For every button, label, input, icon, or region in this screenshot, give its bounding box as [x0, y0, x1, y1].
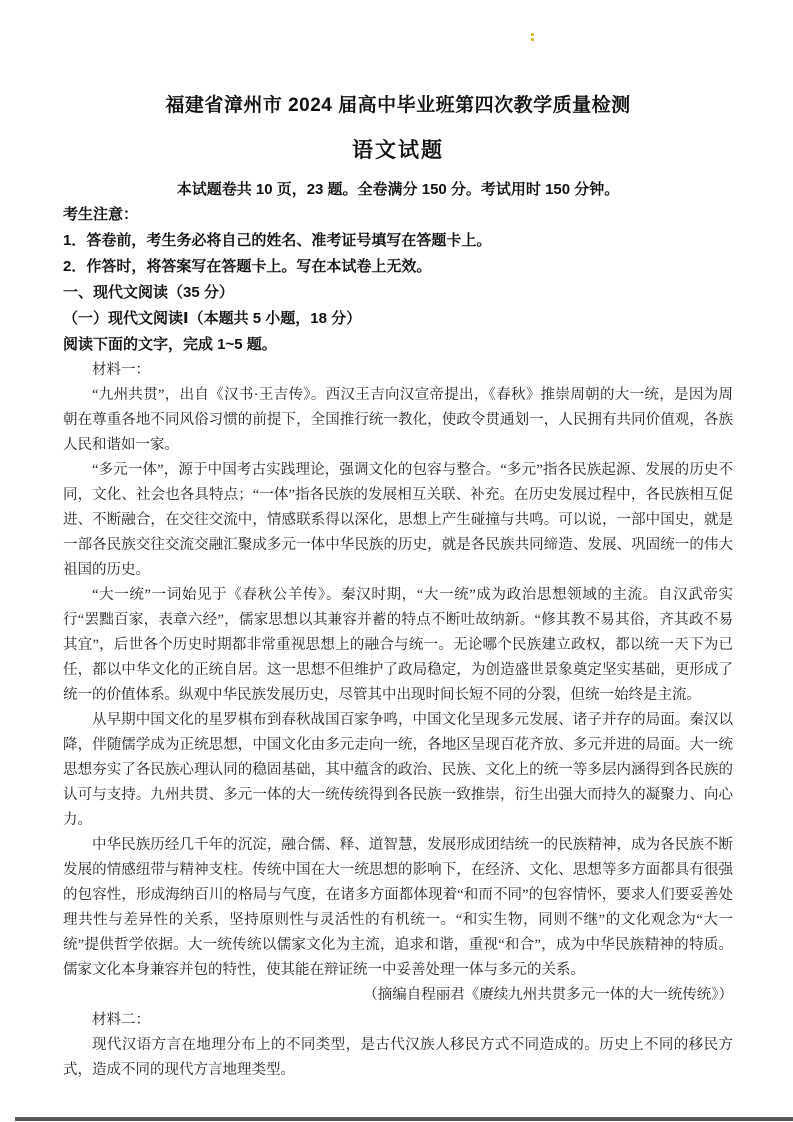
material-one-paragraph-5: 中华民族历经几千年的沉淀，融合儒、释、道智慧，发展形成团结统一的民族精神，成为各…	[63, 833, 733, 983]
material-two-paragraph-1: 现代汉语方言在地理分布上的不同类型，是古代汉族人移民方式不同造成的。历史上不同的…	[63, 1033, 733, 1083]
material-one-paragraph-2: “多元一体”，源于中国考古实践理论，强调文化的包容与整合。“多元”指各民族起源、…	[63, 458, 733, 583]
material-one-attribution: （摘编自程丽君《赓续九州共贯多元一体的大一统传统》）	[63, 983, 733, 1008]
material-one-paragraph-1: “九州共贯”，出自《汉书·王吉传》。西汉王吉向汉宣帝提出，《春秋》推崇周朝的大一…	[63, 383, 733, 458]
exam-info-line: 本试题卷共 10 页，23 题。全卷满分 150 分。考试用时 150 分钟。	[63, 178, 733, 202]
material-one-label: 材料一：	[63, 358, 733, 383]
exam-subtitle: 语文试题	[63, 138, 733, 164]
material-one-paragraph-3: “大一统”一词始见于《春秋公羊传》。秦汉时期，“大一统”成为政治思想领域的主流。…	[63, 583, 733, 708]
material-one-paragraph-4: 从早期中国文化的星罗棋布到春秋战国百家争鸣，中国文化呈现多元发展、诸子并存的局面…	[63, 708, 733, 833]
notice-item-2: 2．作答时，将答案写在答题卡上。写在本试卷上无效。	[63, 254, 733, 280]
notice-item-1: 1．答卷前，考生务必将自己的姓名、准考证号填写在答题卡上。	[63, 228, 733, 254]
exam-title: 福建省漳州市 2024 届高中毕业班第四次教学质量检测	[63, 0, 733, 118]
scan-artifact-dots	[531, 33, 534, 36]
exam-paper-page: 福建省漳州市 2024 届高中毕业班第四次教学质量检测 语文试题 本试题卷共 1…	[63, 0, 733, 1083]
notice-heading: 考生注意：	[63, 202, 733, 228]
bottom-edge-bar	[15, 1117, 793, 1121]
reading-instruction: 阅读下面的文字，完成 1~5 题。	[63, 332, 733, 358]
section-heading-modern-reading: 一、现代文阅读（35 分）	[63, 280, 733, 306]
material-two-label: 材料二：	[63, 1008, 733, 1033]
subsection-heading-reading-one: （一）现代文阅读Ⅰ（本题共 5 小题，18 分）	[63, 306, 733, 332]
